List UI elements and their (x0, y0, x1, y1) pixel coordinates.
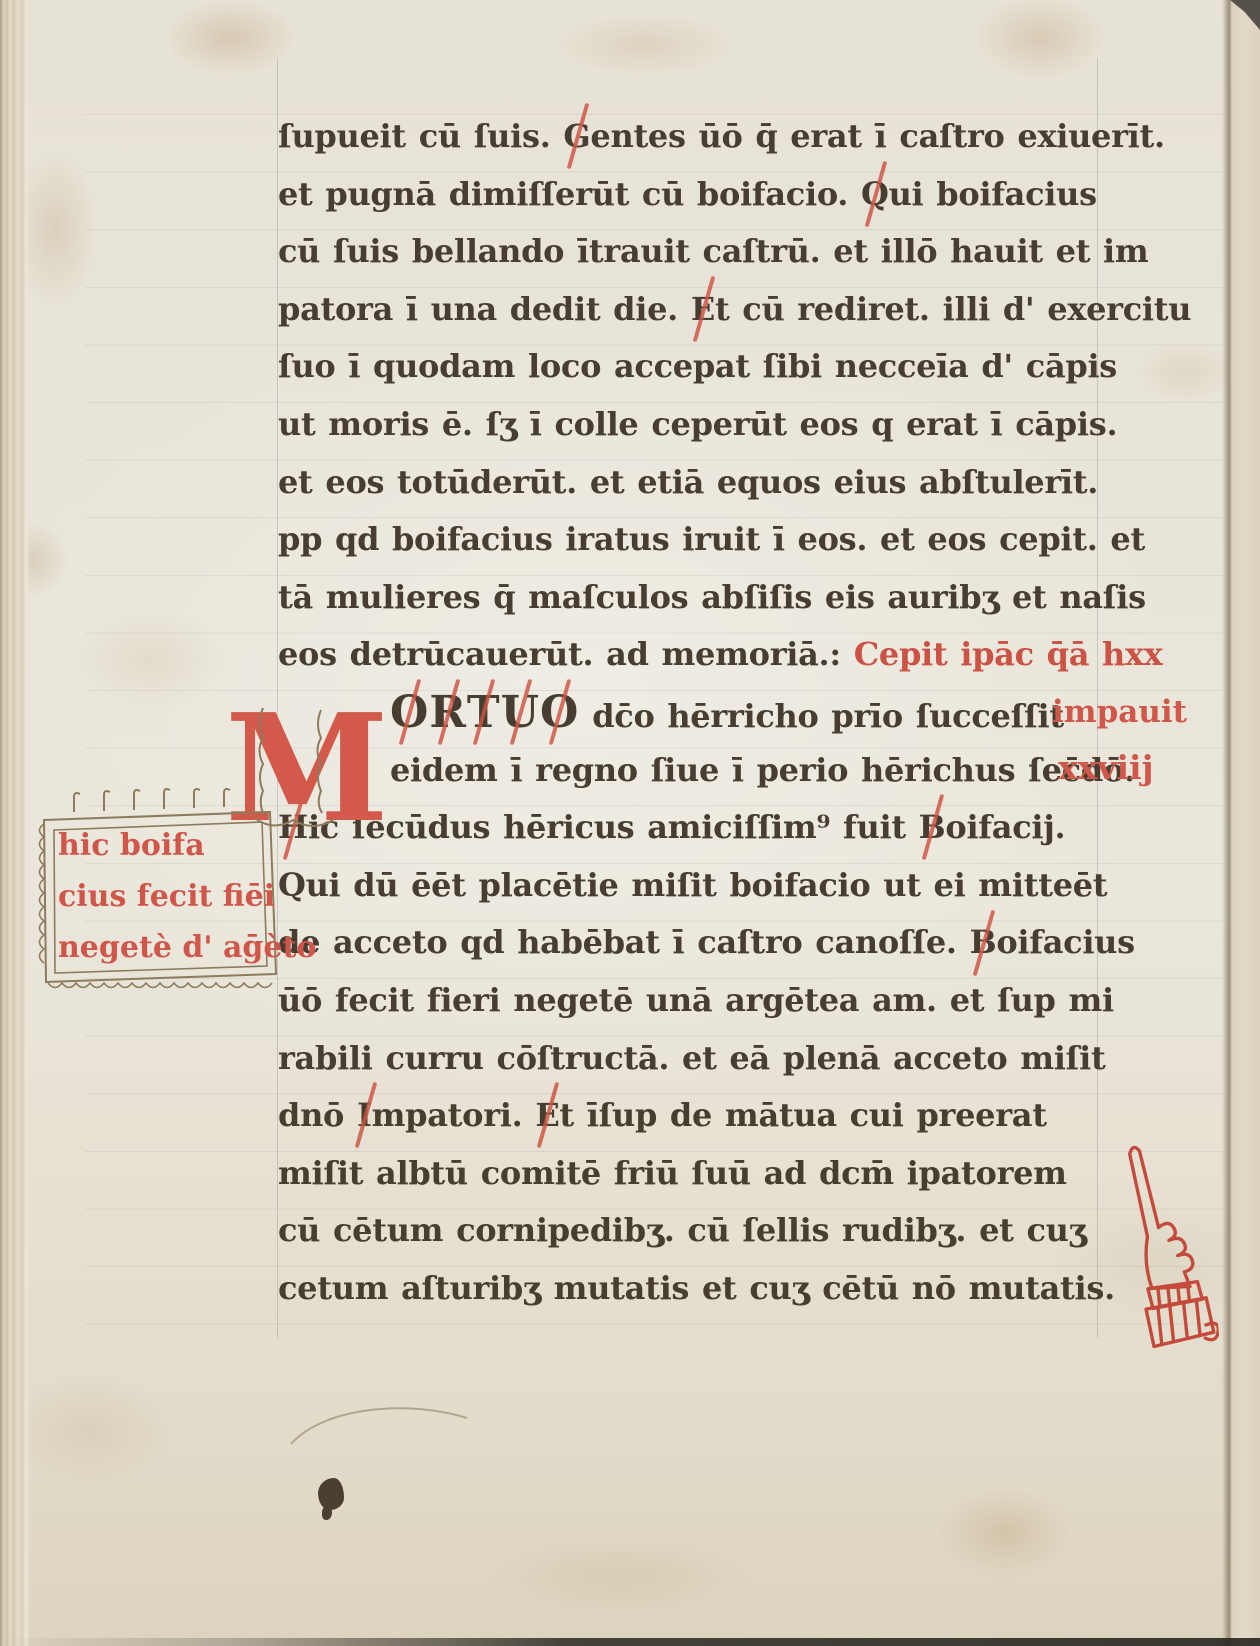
text-line: eidem ī regno ſiue ī perio hērichus ſec̄… (278, 742, 1100, 800)
rubricated-capital: T (467, 684, 501, 742)
rubricated-capital: U (501, 684, 540, 742)
marginal-note-text: hic boifa cius fecit fiēi negetè d' aḡèt… (58, 820, 316, 973)
text-line: miſit albtū comitē friū ſuū ad dcm̄ ipat… (278, 1145, 1100, 1203)
ink-text: eidem ī regno ſiue ī perio hērichus ſec̄… (390, 751, 1135, 789)
rubric-text: Cepit ipāc q̄ā hxx (854, 635, 1163, 673)
text-line: et pugnā dimiſſerūt cū boifacio. Qui boi… (278, 166, 1100, 224)
stray-pen-stroke (285, 1398, 475, 1458)
ink-text: t cū rediret. illi d' exercitu (715, 290, 1191, 328)
ink-text: pp qd boifacius iratus iruit ī eos. et e… (278, 520, 1145, 558)
text-line: cū cētum cornipedibʒ. cū ſellis rudibʒ. … (278, 1202, 1100, 1260)
book-page-edges-left (0, 0, 30, 1646)
marginal-note-box: hic boifa cius fecit fiēi negetè d' aḡèt… (34, 788, 284, 990)
rubricated-capital: O (540, 684, 579, 742)
ink-text: et eos totūderūt. et etiā equos eius abſ… (278, 463, 1098, 501)
note-line: negetè d' aḡèto (58, 922, 316, 973)
margin-rubric-numeral: xxviij (1058, 748, 1154, 787)
margin-rubric-impauit: impauit (1052, 694, 1187, 730)
ink-text: ſupueit cū ſuis. (278, 117, 563, 155)
page-bottom-edge (0, 1638, 1260, 1646)
rubricated-capital: O (390, 684, 429, 742)
text-line: tā mulieres q̄ maſculos abſiſis eis auri… (278, 569, 1100, 627)
manuscript-page: ſupueit cū ſuis. Gentes ūō q̄ erat ī caſ… (0, 0, 1260, 1646)
ink-text: t īſup de mātua cui preerat (559, 1096, 1046, 1134)
adjacent-page-edge (1229, 0, 1260, 1646)
ink-text: Qui dū ēēt placētie miſit boifacio ut ei… (278, 866, 1107, 904)
ink-text: et pugnā dimiſſerūt cū boifacio. (278, 175, 861, 213)
ink-text: rabili curru cōſtructā. et eā plenā acce… (278, 1039, 1105, 1077)
ink-text: de acceto qd habēbat ī caſtro canoſſe. (278, 923, 970, 961)
ink-text: cetum aſturibʒ mutatis et cuʒ cētū nō mu… (278, 1269, 1115, 1307)
ink-text: cū ſuis bellando ītrauit caſtrū. et illō… (278, 232, 1148, 270)
rubricated-capital: E (691, 281, 715, 339)
text-line: ſupueit cū ſuis. Gentes ūō q̄ erat ī caſ… (278, 108, 1100, 166)
rubricated-capital: I (357, 1087, 372, 1145)
rubricated-capital: B (970, 914, 997, 972)
ink-text: eos detrūcauerūt. ad memoriā.: (278, 635, 854, 673)
ink-text: miſit albtū comitē friū ſuū ad dcm̄ ipat… (278, 1154, 1067, 1192)
rubricated-capital: G (563, 108, 590, 166)
text-line: cū ſuis bellando ītrauit caſtrū. et illō… (278, 223, 1100, 281)
rubricated-capital: E (535, 1087, 559, 1145)
rubricated-capital: B (919, 799, 946, 857)
text-line: patora ī una dedit die. Et cū rediret. i… (278, 281, 1100, 339)
ink-text: dc̄o hērricho prīo ſucceſſit (579, 697, 1064, 735)
text-line: rabili curru cōſtructā. et eā plenā acce… (278, 1030, 1100, 1088)
manicule-icon (1086, 1133, 1221, 1369)
note-line: hic boifa (58, 820, 316, 871)
note-line: cius fecit fiēi (58, 871, 316, 922)
ink-blot (318, 1478, 344, 1510)
ink-text: tā mulieres q̄ maſculos abſiſis eis auri… (278, 578, 1146, 616)
ink-text: ui boifacius (889, 175, 1097, 213)
ink-text: ut moris ē. ſʒ ī colle ceperūt eos q era… (278, 405, 1117, 443)
text-line: cetum aſturibʒ mutatis et cuʒ cētū nō mu… (278, 1260, 1100, 1318)
text-line: et eos totūderūt. et etiā equos eius abſ… (278, 454, 1100, 512)
ink-text: ūō fecit fieri negetē unā argētea am. et… (278, 981, 1114, 1019)
page-fold-line (1222, 0, 1232, 1646)
text-line: de acceto qd habēbat ī caſtro canoſſe. B… (278, 914, 1100, 972)
text-line: pp qd boifacius iratus iruit ī eos. et e… (278, 511, 1100, 569)
ink-text: dnō (278, 1096, 357, 1134)
text-line: ūō fecit fieri negetē unā argētea am. et… (278, 972, 1100, 1030)
rubricated-capital: Q (861, 166, 889, 224)
text-block: ſupueit cū ſuis. Gentes ūō q̄ erat ī caſ… (278, 108, 1100, 1317)
text-line: Hic ſecūdus hēricus amiciſſim⁹ fuit Boif… (278, 799, 1100, 857)
text-line: ſuo ī quodam loco accepat ſibi necceīa d… (278, 338, 1100, 396)
text-line: eos detrūcauerūt. ad memoriā.: Cepit ipā… (278, 626, 1100, 684)
ink-text: oifacij. (945, 808, 1065, 846)
ink-text: patora ī una dedit die. (278, 290, 691, 328)
ink-text: cū cētum cornipedibʒ. cū ſellis rudibʒ. … (278, 1211, 1087, 1249)
text-line: dnō Impatori. Et īſup de mātua cui preer… (278, 1087, 1100, 1145)
ink-text: entes ūō q̄ erat ī caſtro exiuerīt. (590, 117, 1164, 155)
ink-text: oifacius (996, 923, 1135, 961)
ink-text: mpatori. (372, 1096, 536, 1134)
ink-text: ic ſecūdus hēricus amiciſſim⁹ fuit (308, 808, 919, 846)
text-line: ORTUO dc̄o hērricho prīo ſucceſſit (278, 684, 1100, 742)
text-line: Qui dū ēēt placētie miſit boifacio ut ei… (278, 857, 1100, 915)
text-line: ut moris ē. ſʒ ī colle ceperūt eos q era… (278, 396, 1100, 454)
ink-text: ſuo ī quodam loco accepat ſibi necceīa d… (278, 347, 1117, 385)
rubricated-capital: R (429, 684, 467, 742)
